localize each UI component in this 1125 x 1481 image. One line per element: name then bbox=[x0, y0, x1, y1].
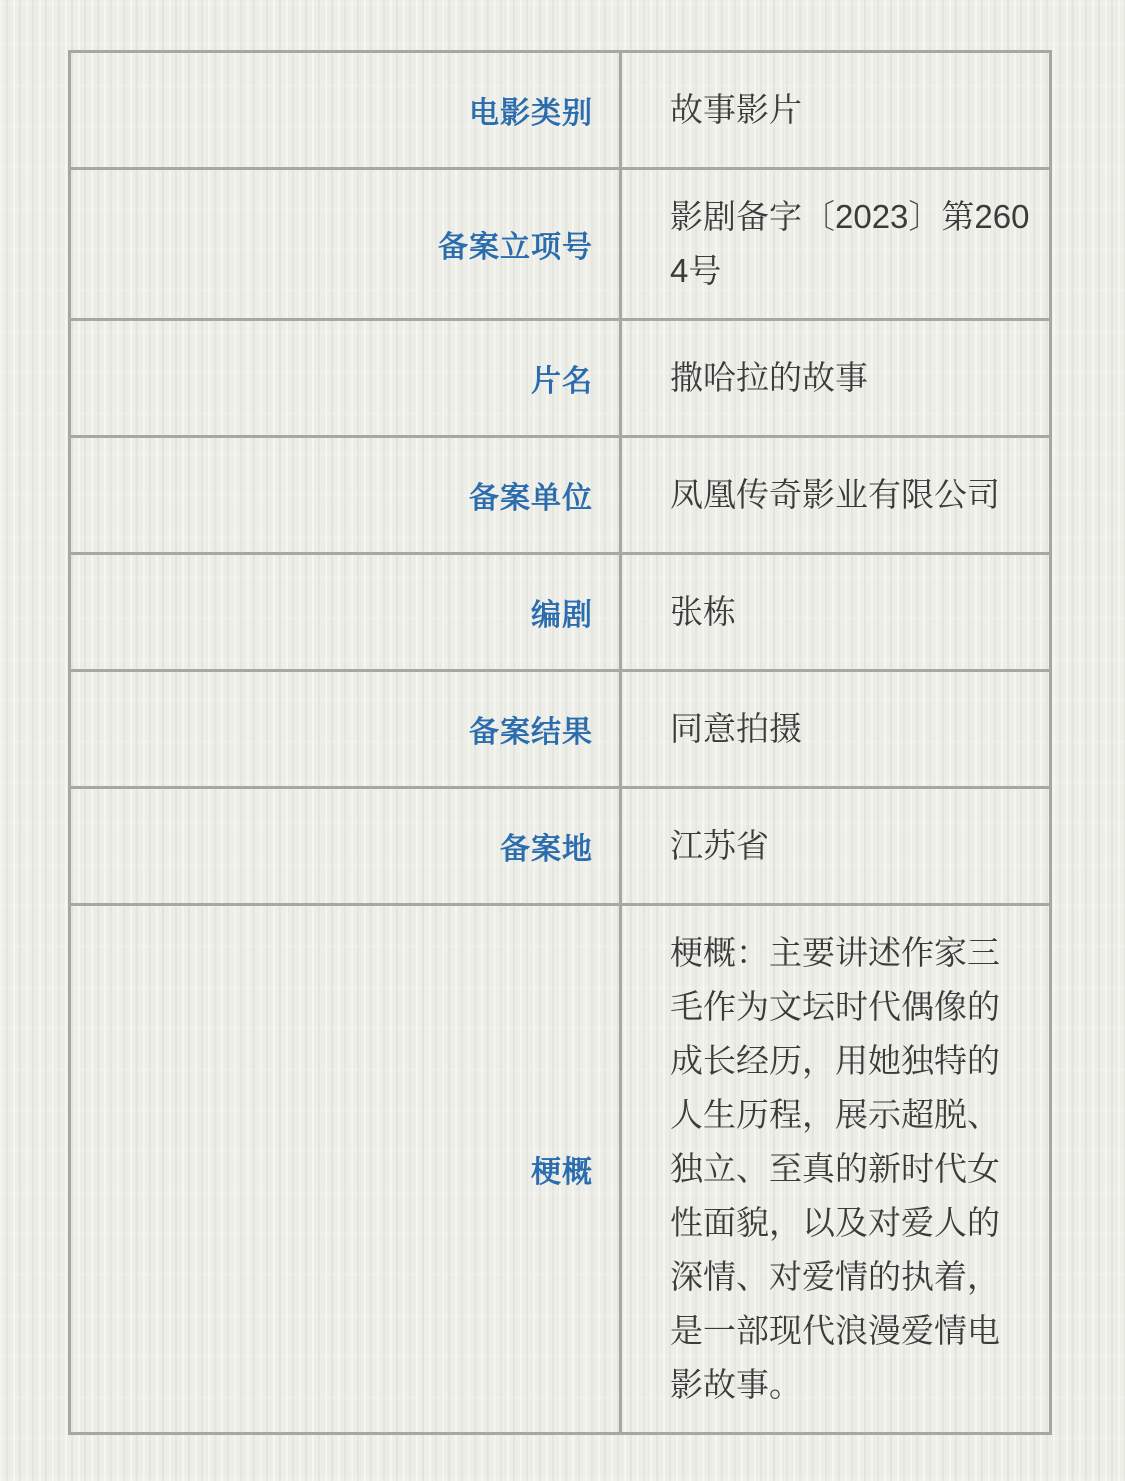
filing-location-label-cell: 备案地 bbox=[71, 789, 622, 903]
screenwriter-value-cell: 张栋 bbox=[622, 555, 1049, 669]
film-record-table: 电影类别 故事影片 备案立项号 影剧备字〔2023〕第2604号 片名 撒哈拉的… bbox=[68, 50, 1052, 1435]
film-category-value: 故事影片 bbox=[670, 83, 802, 137]
filing-number-value: 影剧备字〔2023〕第2604号 bbox=[670, 190, 1031, 298]
table-row-screenwriter: 编剧 张栋 bbox=[71, 555, 1049, 672]
filing-unit-label-cell: 备案单位 bbox=[71, 438, 622, 552]
film-title-value: 撒哈拉的故事 bbox=[670, 351, 868, 405]
filing-result-value-cell: 同意拍摄 bbox=[622, 672, 1049, 786]
screenwriter-label-cell: 编剧 bbox=[71, 555, 622, 669]
film-title-value-cell: 撒哈拉的故事 bbox=[622, 321, 1049, 435]
table-row-filing-location: 备案地 江苏省 bbox=[71, 789, 1049, 906]
synopsis-value: 梗概：主要讲述作家三毛作为文坛时代偶像的成长经历，用她独特的人生历程，展示超脱、… bbox=[670, 926, 1031, 1412]
filing-location-value-cell: 江苏省 bbox=[622, 789, 1049, 903]
filing-number-label: 备案立项号 bbox=[438, 222, 593, 266]
filing-unit-value: 凤凰传奇影业有限公司 bbox=[670, 468, 1000, 522]
table-row-filing-unit: 备案单位 凤凰传奇影业有限公司 bbox=[71, 438, 1049, 555]
filing-location-value: 江苏省 bbox=[670, 819, 769, 873]
filing-number-value-cell: 影剧备字〔2023〕第2604号 bbox=[622, 170, 1049, 318]
screenwriter-value: 张栋 bbox=[670, 585, 736, 639]
table-row-filing-number: 备案立项号 影剧备字〔2023〕第2604号 bbox=[71, 170, 1049, 321]
table-row-film-title: 片名 撒哈拉的故事 bbox=[71, 321, 1049, 438]
film-category-label: 电影类别 bbox=[469, 88, 593, 132]
filing-unit-value-cell: 凤凰传奇影业有限公司 bbox=[622, 438, 1049, 552]
filing-number-label-cell: 备案立项号 bbox=[71, 170, 622, 318]
synopsis-label-cell: 梗概 bbox=[71, 906, 622, 1432]
film-category-label-cell: 电影类别 bbox=[71, 53, 622, 167]
filing-location-label: 备案地 bbox=[500, 824, 593, 868]
filing-result-label-cell: 备案结果 bbox=[71, 672, 622, 786]
synopsis-label: 梗概 bbox=[531, 1147, 593, 1191]
filing-result-value: 同意拍摄 bbox=[670, 702, 802, 756]
film-title-label-cell: 片名 bbox=[71, 321, 622, 435]
table-row-filing-result: 备案结果 同意拍摄 bbox=[71, 672, 1049, 789]
filing-result-label: 备案结果 bbox=[469, 707, 593, 751]
film-category-value-cell: 故事影片 bbox=[622, 53, 1049, 167]
film-title-label: 片名 bbox=[531, 356, 593, 400]
synopsis-value-cell: 梗概：主要讲述作家三毛作为文坛时代偶像的成长经历，用她独特的人生历程，展示超脱、… bbox=[622, 906, 1049, 1432]
screenwriter-label: 编剧 bbox=[531, 590, 593, 634]
table-row-film-category: 电影类别 故事影片 bbox=[71, 53, 1049, 170]
filing-unit-label: 备案单位 bbox=[469, 473, 593, 517]
table-row-synopsis: 梗概 梗概：主要讲述作家三毛作为文坛时代偶像的成长经历，用她独特的人生历程，展示… bbox=[71, 906, 1049, 1432]
